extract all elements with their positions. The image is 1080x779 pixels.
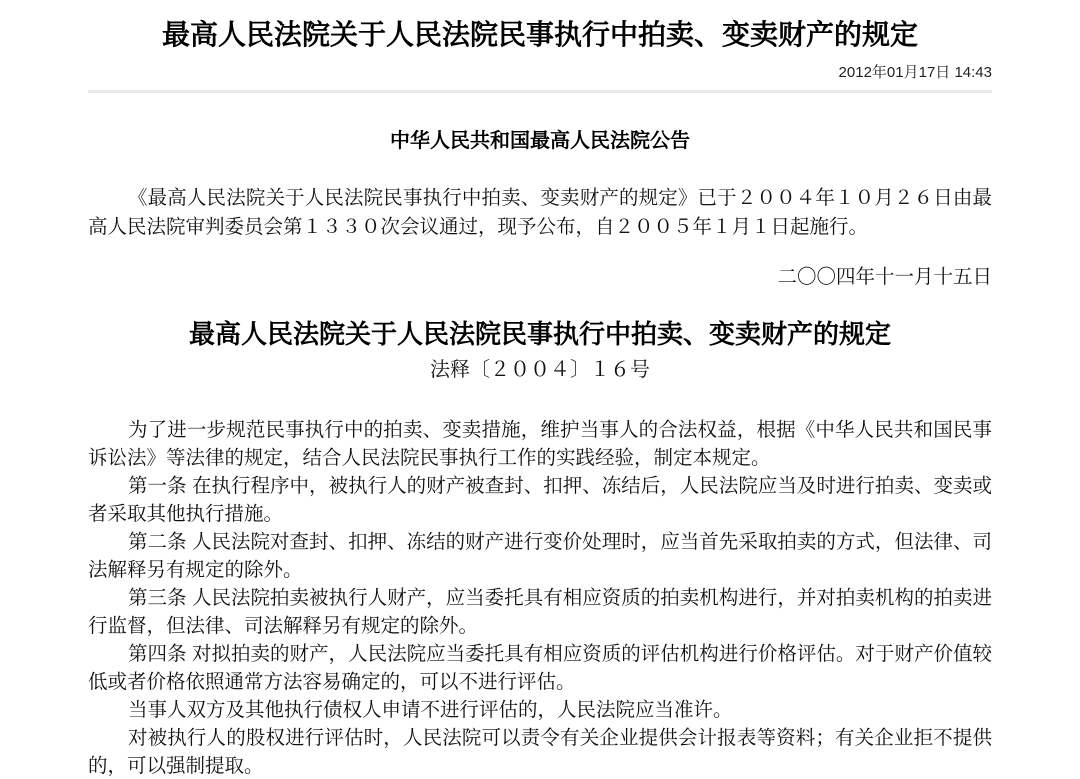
regulation-paragraph: 对被执行人的股权进行评估时，人民法院可以责令有关企业提供会计报表等资料；有关企业… xyxy=(88,724,992,779)
announcement-heading: 中华人民共和国最高人民法院公告 xyxy=(88,127,992,156)
page-title: 最高人民法院关于人民法院民事执行中拍卖、变卖财产的规定 xyxy=(88,17,992,53)
regulation-paragraph: 第四条 对拟拍卖的财产，人民法院应当委托具有相应资质的评估机构进行价格评估。对于… xyxy=(88,640,992,696)
document-page: 最高人民法院关于人民法院民事执行中拍卖、变卖财产的规定 2012年01月17日 … xyxy=(0,0,1080,779)
regulation-doc-number: 法释〔２００４〕１６号 xyxy=(88,356,992,385)
regulation-paragraph: 当事人双方及其他执行债权人申请不进行评估的，人民法院应当准许。 xyxy=(88,696,992,724)
regulation-paragraph: 第三条 人民法院拍卖被执行人财产，应当委托具有相应资质的拍卖机构进行，并对拍卖机… xyxy=(88,584,992,640)
regulation-paragraph: 第二条 人民法院对查封、扣押、冻结的财产进行变价处理时，应当首先采取拍卖的方式，… xyxy=(88,528,992,584)
header-separator xyxy=(88,90,992,93)
regulation-title: 最高人民法院关于人民法院民事执行中拍卖、变卖财产的规定 xyxy=(88,317,992,351)
announcement-body: 《最高人民法院关于人民法院民事执行中拍卖、变卖财产的规定》已于２００４年１０月２… xyxy=(88,184,992,242)
regulation-body: 为了进一步规范民事执行中的拍卖、变卖措施，维护当事人的合法权益，根据《中华人民共… xyxy=(88,416,992,779)
announcement-date: 二〇〇四年十一月十五日 xyxy=(88,263,992,292)
regulation-paragraph: 为了进一步规范民事执行中的拍卖、变卖措施，维护当事人的合法权益，根据《中华人民共… xyxy=(88,416,992,472)
publish-datetime: 2012年01月17日 14:43 xyxy=(88,65,992,81)
regulation-paragraph: 第一条 在执行程序中，被执行人的财产被查封、扣押、冻结后，人民法院应当及时进行拍… xyxy=(88,472,992,528)
